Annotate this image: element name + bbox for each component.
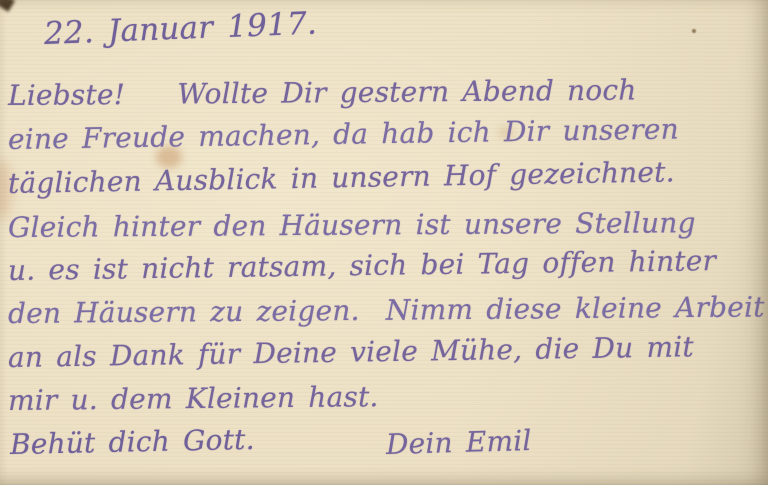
letter-line: an als Dank für Deine viele Mühe, die Du… xyxy=(8,329,694,376)
letter-line: Liebste! Wollte Dir gestern Abend noch xyxy=(8,73,637,114)
letter-line: u. es ist nicht ratsam, sich bei Tag off… xyxy=(8,243,717,289)
postcard: 22. Januar 1917. Liebste! Wollte Dir ges… xyxy=(0,0,768,485)
letter-line: mir u. dem Kleinen hast. xyxy=(8,379,379,419)
letter-line: eine Freude machen, da hab ich Dir unser… xyxy=(8,111,679,158)
corner-mark xyxy=(0,0,15,12)
letter-line: Gleich hinter den Häusern ist unsere Ste… xyxy=(8,205,696,246)
paper-speck xyxy=(692,29,696,33)
letter-closing: Behüt dich Gott. xyxy=(10,422,255,463)
letter-line: den Häusern zu zeigen. Nimm diese kleine… xyxy=(8,289,765,332)
letter-signature: Dein Emil xyxy=(385,423,532,463)
letter-line: täglichen Ausblick in unsern Hof gezeich… xyxy=(8,154,675,202)
letter-date: 22. Januar 1917. xyxy=(43,6,317,52)
